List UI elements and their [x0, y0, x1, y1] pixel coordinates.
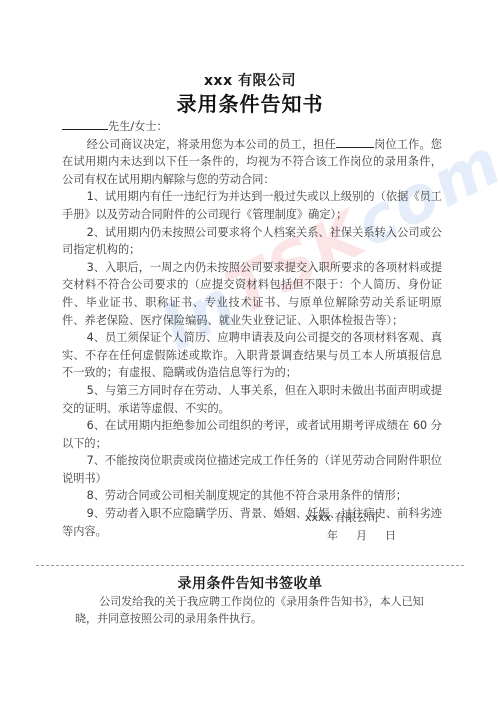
position-blank[interactable]	[336, 136, 374, 148]
intro-text-part1: 经公司商议决定，将录用您为本公司的员工，担任	[87, 138, 336, 151]
condition-item-7: 7、不能按岗位职责或岗位描述完成工作任务的（详见劳动合同附件职位说明书）	[62, 452, 442, 487]
condition-item-4: 4、员工须保证个人简历、应聘申请表及向公司提交的各项材料客观、真实、不存在任何虚…	[62, 329, 442, 382]
signature-date: 年月日	[305, 527, 396, 545]
date-month: 月	[356, 527, 367, 545]
company-title: xxx 有限公司	[0, 70, 500, 90]
name-blank[interactable]	[62, 118, 108, 130]
condition-item-8: 8、劳动合同或公司相关制度规定的其他不符合录用条件的情形；	[62, 487, 442, 505]
condition-item-2: 2、试用期内仍未按照公司要求将个人档案关系、社保关系转入公司或公司指定机构的；	[62, 224, 442, 259]
signature-company: xxxx 有限公司	[305, 509, 396, 527]
condition-item-5: 5、与第三方同时存在劳动、人事关系，但在入职时未做出书面声明或提交的证明、承诺等…	[62, 382, 442, 417]
dashed-separator	[36, 565, 464, 566]
condition-item-6: 6、在试用期内拒绝参加公司组织的考评，或者试用期考评成绩在 60 分以下的；	[62, 417, 442, 452]
condition-item-3: 3、入职后，一周之内仍未按照公司要求提交入职所要求的各项材料或提交材料不符合公司…	[62, 259, 442, 329]
receipt-title: 录用条件告知书签收单	[0, 573, 500, 593]
date-day: 日	[385, 527, 396, 545]
condition-item-1: 1、试用期内有任一违纪行为并达到一般过失或以上级别的（依据《员工手册》以及劳动合…	[62, 188, 442, 223]
intro-paragraph: 经公司商议决定，将录用您为本公司的员工，担任岗位工作。您在试用期内未达到以下任一…	[62, 136, 442, 189]
document-title: 录用条件告知书	[0, 88, 500, 117]
document-page: InTSKcom xxx 有限公司 录用条件告知书 先生/女士： 经公司商议决定…	[0, 0, 500, 706]
signature-block: xxxx 有限公司 年月日	[305, 509, 396, 545]
receipt-text: 公司发给我的关于我应聘工作岗位的《录用条件告知书》，本人已知晓，并同意按照公司的…	[75, 593, 433, 627]
document-body: 先生/女士： 经公司商议决定，将录用您为本公司的员工，担任岗位工作。您在试用期内…	[62, 118, 442, 540]
date-year: 年	[327, 527, 338, 545]
salutation-suffix: 先生/女士：	[108, 120, 168, 133]
salutation: 先生/女士：	[62, 118, 442, 136]
